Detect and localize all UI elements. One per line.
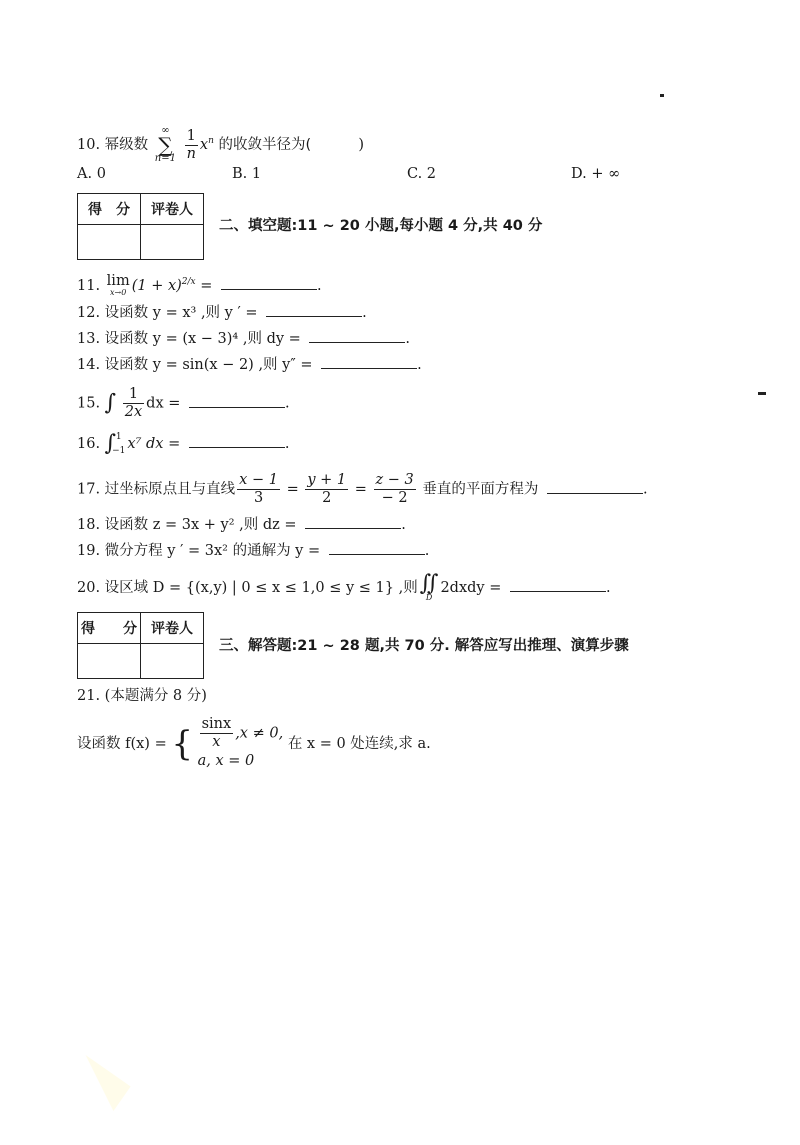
question-21-body: 设函数 f(x) = { sinxx,x ≠ 0, a, x = 0 在 x =…: [77, 716, 431, 776]
grader-label: 评卷人: [141, 613, 204, 644]
answer-blank[interactable]: [305, 514, 401, 529]
answer-blank[interactable]: [321, 354, 417, 369]
score-cell: [78, 225, 141, 260]
question-14: 14. 设函数 y = sin(x − 2) ,则 y″ = .: [77, 354, 422, 375]
answer-blank[interactable]: [189, 393, 285, 408]
option-b: B. 1: [232, 164, 261, 184]
question-19: 19. 微分方程 y ′ = 3x² 的通解为 y = .: [77, 540, 429, 561]
option-d: D. + ∞: [571, 164, 620, 184]
question-11: 11. lim x→0 (1 + x)2/x = .: [77, 272, 322, 297]
question-number: 10.: [77, 137, 100, 153]
option-a: A. 0: [77, 164, 106, 184]
answer-blank[interactable]: [329, 540, 425, 555]
score-table: 得 分评卷人: [77, 193, 204, 260]
grader-label: 评卷人: [141, 194, 204, 225]
option-c: C. 2: [407, 164, 436, 184]
score-cell: [78, 644, 141, 679]
paper-stain: [68, 1055, 130, 1111]
scan-speck: [660, 94, 664, 97]
scan-speck: [758, 392, 766, 395]
answer-blank[interactable]: [221, 275, 317, 290]
question-12: 12. 设函数 y = x³ ,则 y ′ = .: [77, 302, 367, 323]
section-heading: 三、解答题:21 ~ 28 题,共 70 分. 解答应写出推理、演算步骤: [219, 634, 629, 655]
question-21-title: 21. (本题满分 8 分): [77, 686, 207, 706]
question-10: 10. 幂级数 ∞ ∑ n=1 1 n xn 的收敛半径为( ): [77, 126, 364, 164]
question-17: 17. 过坐标原点且与直线x − 13 = y + 12 = z − 3− 2 …: [77, 472, 648, 507]
score-label: 得 分: [78, 613, 141, 644]
question-15: 15. ∫ 1 2x dx = .: [77, 386, 290, 421]
question-13: 13. 设函数 y = (x − 3)⁴ ,则 dy = .: [77, 328, 410, 349]
question-20: 20. 设区域 D = {(x,y) | 0 ≤ x ≤ 1,0 ≤ y ≤ 1…: [77, 574, 611, 602]
answer-blank[interactable]: [189, 433, 285, 448]
question-16: 16. ∫ 1 −1 x⁷ dx = .: [77, 430, 289, 458]
score-table: 得 分评卷人: [77, 612, 204, 679]
answer-blank[interactable]: [547, 479, 643, 494]
sum-symbol: ∞ ∑ n=1: [155, 126, 176, 164]
answer-blank[interactable]: [510, 577, 606, 592]
answer-blank[interactable]: [266, 302, 362, 317]
grader-cell: [141, 644, 204, 679]
question-18: 18. 设函数 z = 3x + y² ,则 dz = .: [77, 514, 406, 535]
question-text: 幂级数: [105, 137, 149, 153]
grader-cell: [141, 225, 204, 260]
section-heading: 二、填空题:11 ~ 20 小题,每小题 4 分,共 40 分: [219, 214, 542, 235]
fraction: 1 n: [185, 128, 198, 163]
score-label: 得 分: [78, 194, 141, 225]
answer-blank[interactable]: [309, 328, 405, 343]
